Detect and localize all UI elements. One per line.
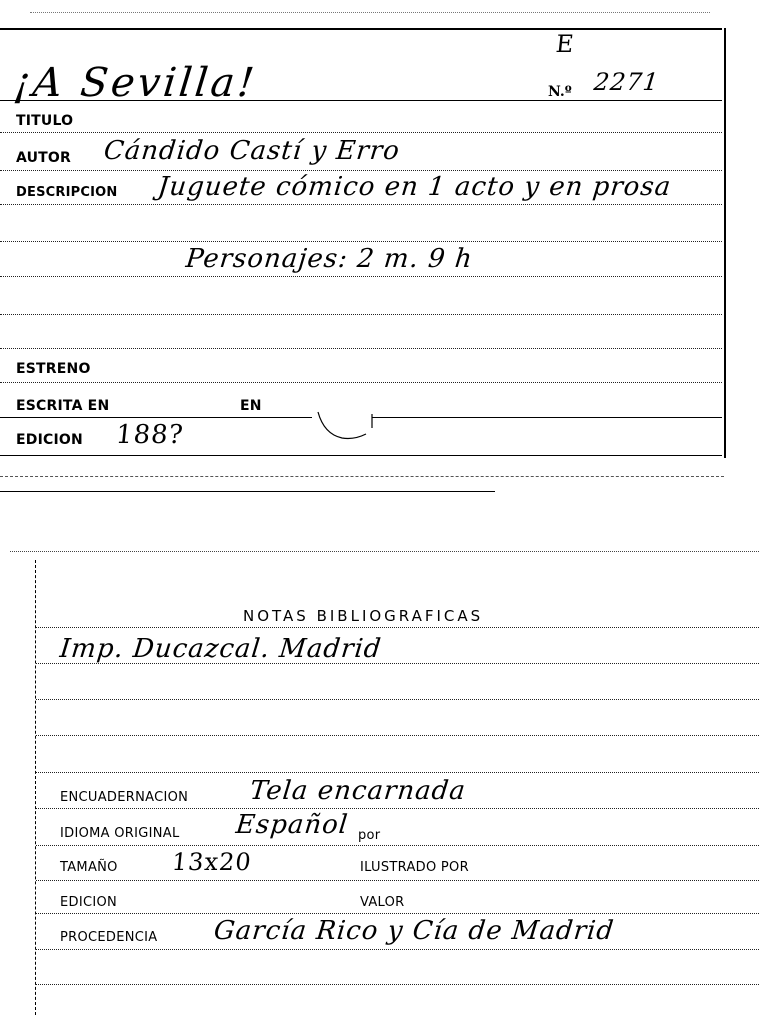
autor-value: Cándido Castí y Erro	[102, 136, 401, 166]
rule	[36, 913, 759, 914]
notes-section-title: NOTAS BIBLIOGRAFICAS	[243, 607, 483, 625]
card-back-top-border	[10, 551, 759, 552]
tamano-label: TAMAÑO	[60, 860, 118, 875]
autor-label: AUTOR	[16, 150, 71, 166]
encuadernacion-value: Tela encarnada	[248, 776, 467, 806]
en-label: EN	[240, 398, 262, 414]
descripcion-value-line1: Juguete cómico en 1 acto y en prosa	[156, 172, 672, 202]
rule	[36, 880, 759, 881]
number-value: 2271	[593, 68, 661, 96]
ilustrado-por-label: ILUSTRADO POR	[360, 860, 469, 875]
scan-edge-bottom-solid	[0, 491, 495, 492]
rule	[0, 314, 722, 315]
rule	[0, 241, 722, 242]
rule	[36, 949, 759, 950]
rule	[0, 276, 722, 277]
idioma-original-value: Español	[234, 810, 349, 840]
valor-label: VALOR	[360, 895, 405, 910]
rule	[36, 772, 759, 773]
rule	[0, 132, 722, 133]
encuadernacion-label: ENCUADERNACION	[60, 790, 188, 805]
rule	[0, 455, 722, 456]
idioma-original-label: IDIOMA ORIGINAL	[60, 826, 180, 841]
scan-edge-top	[30, 12, 710, 13]
rule	[36, 699, 759, 700]
rule	[372, 417, 722, 418]
rule	[36, 663, 759, 664]
por-label: por	[358, 828, 380, 843]
rule	[0, 417, 312, 418]
rule	[36, 845, 759, 846]
rule	[0, 382, 722, 383]
edicion-label: EDICION	[16, 432, 83, 448]
rule	[0, 204, 722, 205]
catalog-letter: E	[555, 30, 576, 58]
tamano-value: 13x20	[171, 848, 254, 876]
rule	[0, 170, 722, 171]
descripcion-label: DESCRIPCION	[16, 185, 117, 200]
notes-line1: Imp. Ducazcal. Madrid	[58, 634, 383, 664]
edicion-back-label: EDICION	[60, 895, 117, 910]
pen-mark	[314, 404, 376, 444]
rule	[36, 808, 759, 809]
edicion-value: 188?	[114, 420, 185, 450]
card-back-left-border	[35, 560, 36, 1015]
rule	[0, 348, 722, 349]
rule	[36, 735, 759, 736]
rule	[36, 984, 759, 985]
escrita-en-label: ESCRITA EN	[16, 398, 109, 414]
scan-edge-bottom	[0, 476, 724, 477]
titulo-label: TITULO	[16, 113, 73, 129]
procedencia-label: PROCEDENCIA	[60, 930, 157, 945]
estreno-label: ESTRENO	[16, 361, 91, 377]
procedencia-value: García Rico y Cía de Madrid	[212, 916, 615, 946]
rule	[36, 627, 759, 628]
descripcion-value-line2: Personajes: 2 m. 9 h	[184, 244, 474, 274]
rule	[0, 100, 722, 101]
number-label: N.º	[548, 84, 572, 100]
